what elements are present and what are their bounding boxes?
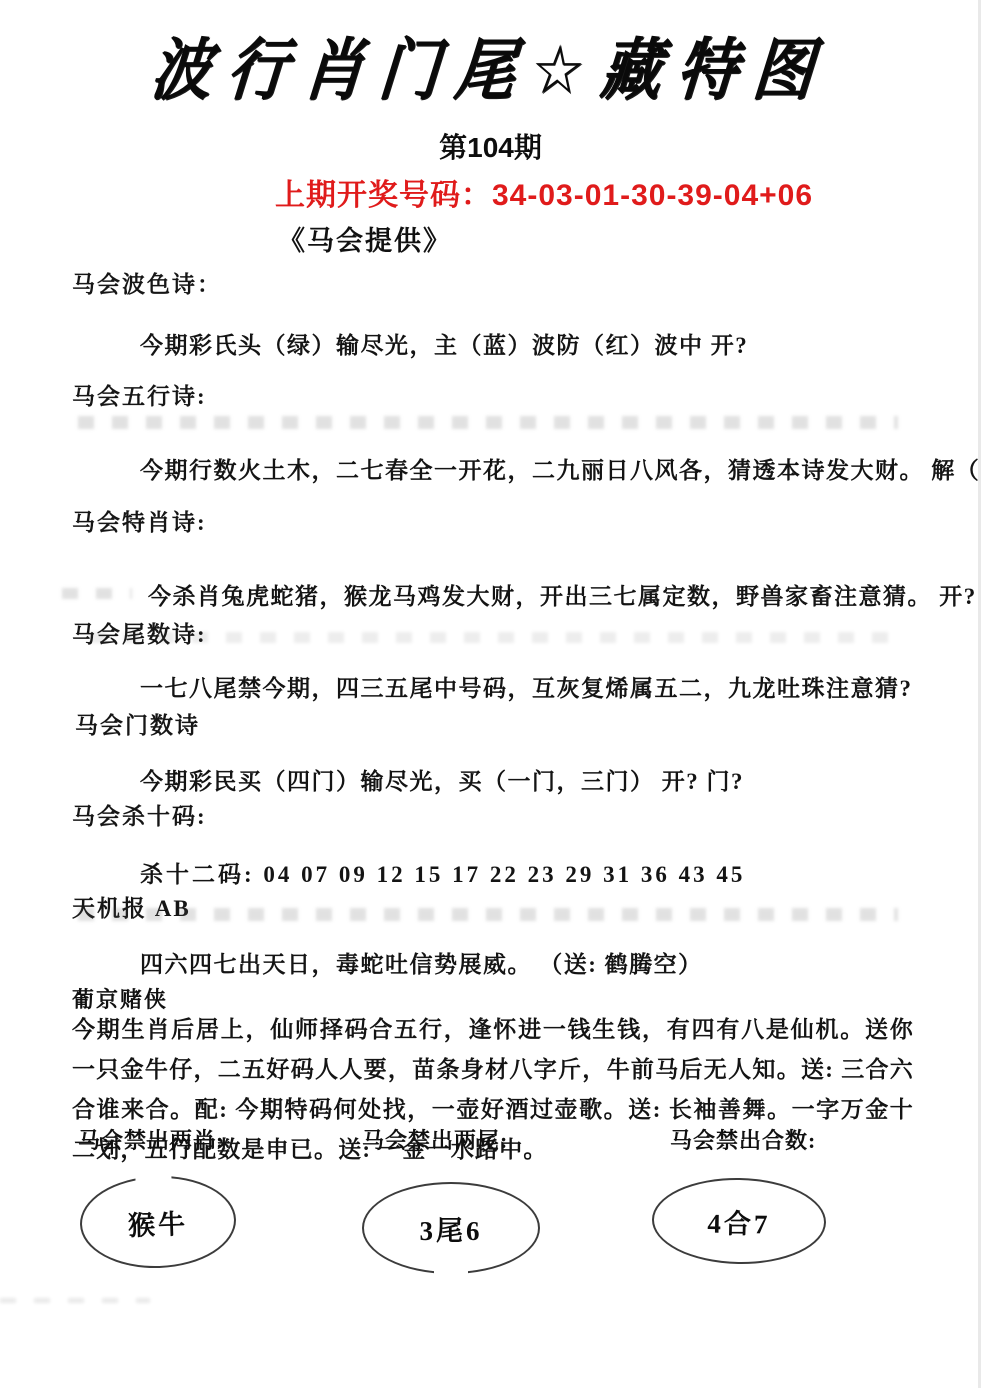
scan-artifact	[62, 588, 132, 599]
last-draw-numbers: 上期开奖号码：34-03-01-30-39-04+06	[275, 170, 813, 214]
provider-note: 《马会提供》	[278, 219, 452, 258]
forbid-two-tail-value: 3尾6	[420, 1209, 483, 1248]
scan-artifact	[78, 416, 898, 429]
section-heading-texiao: 马会特肖诗:	[72, 504, 207, 537]
oval-stroke-gap	[135, 1174, 171, 1183]
section-heading-menshu: 马会门数诗	[75, 707, 200, 740]
scan-artifact	[90, 632, 900, 643]
forbid-sum-oval: 4合7	[651, 1176, 826, 1265]
forbid-two-tail-oval: 3尾6	[362, 1182, 540, 1274]
forbid-two-zodiac-label: 马会禁出两肖:	[78, 1124, 224, 1155]
section-heading-bose: 马会波色诗：	[72, 266, 222, 299]
forbid-sum-label: 马会禁出合数:	[670, 1124, 816, 1155]
section-line-wuxing: 今期行数火土木，二七春全一开花，二九丽日八风各，猜透本诗发大财。 解（?）	[140, 452, 981, 485]
lottery-tip-sheet: 波行肖门尾☆藏特图 第104期 上期开奖号码：34-03-01-30-39-04…	[0, 0, 981, 1388]
forbid-two-tail-label: 马会禁出两尾:	[362, 1124, 508, 1155]
forbid-two-zodiac-value: 猴牛	[127, 1201, 188, 1242]
section-line-bose: 今期彩氏头（绿）输尽光，主（蓝）波防（红）波中 开?	[140, 327, 748, 360]
section-line-weishu: 一七八尾禁今期，四三五尾中号码，互灰复烯属五二，九龙吐珠注意猜?	[140, 670, 913, 703]
section-line-menshu: 今期彩民买（四门）输尽光，买（一门，三门） 开? 门?	[140, 763, 744, 796]
scan-artifact	[78, 908, 898, 921]
page-title: 波行肖门尾☆藏特图	[0, 17, 981, 113]
section-line-kill-numbers: 杀十二码: 04 07 09 12 15 17 22 23 29 31 36 4…	[140, 856, 745, 889]
forbid-two-zodiac-oval: 猴牛	[78, 1173, 237, 1270]
scan-artifact	[0, 1298, 150, 1303]
oval-stroke-gap	[434, 1268, 468, 1276]
section-heading-wuxing: 马会五行诗:	[72, 378, 207, 411]
section-heading-shashima: 马会杀十码:	[72, 798, 207, 831]
issue-number: 第104期	[0, 126, 981, 166]
section-line-texiao: 今杀肖兔虎蛇猪，猴龙马鸡发大财，开出三七属定数，野兽家畜注意猜。 开?	[148, 578, 977, 611]
forbid-sum-value: 4合7	[707, 1201, 771, 1241]
section-line-tianjibao: 四六四七出天日，毒蛇吐信势展威。 （送: 鹤腾空）	[140, 946, 703, 979]
